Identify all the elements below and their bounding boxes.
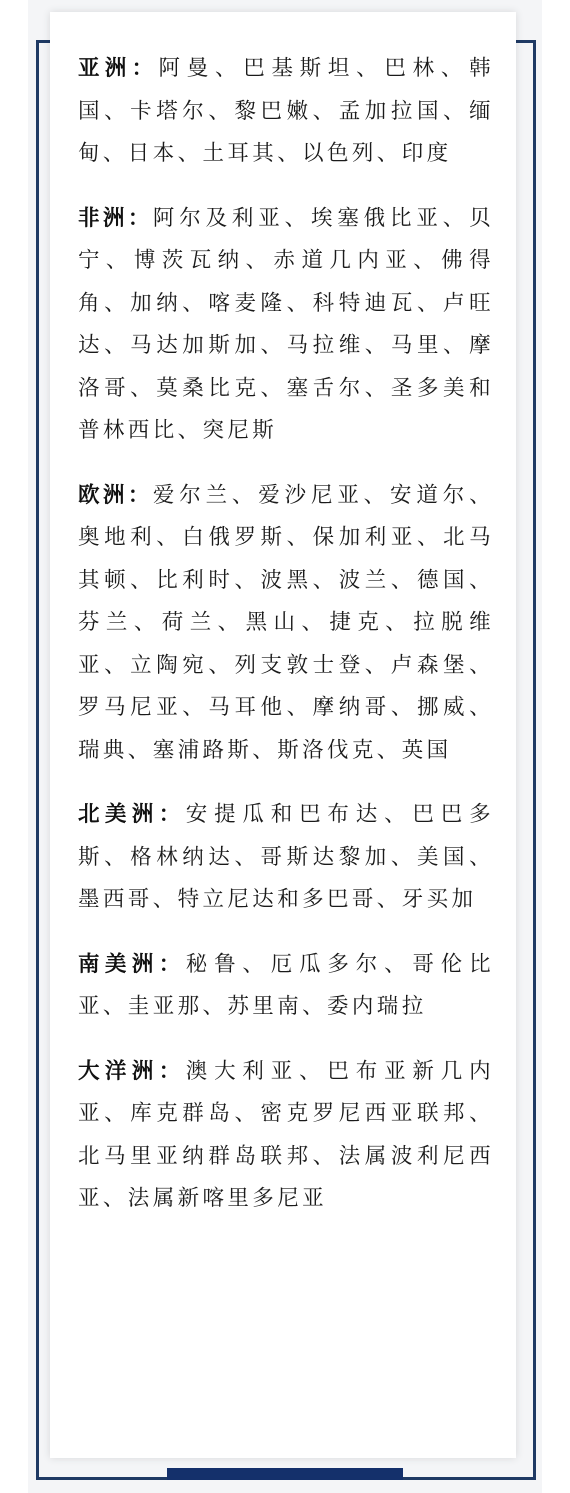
- continent-label: 北美洲：: [78, 802, 186, 827]
- section-north-america: 北美洲：安提瓜和巴布达、巴巴多斯、格林纳达、哥斯达黎加、美国、墨西哥、特立尼达和…: [78, 794, 494, 922]
- continent-label: 亚洲：: [78, 56, 159, 81]
- content-card: 亚洲：阿曼、巴基斯坦、巴林、韩国、卡塔尔、黎巴嫩、孟加拉国、缅甸、日本、土耳其、…: [50, 12, 516, 1458]
- section-europe: 欧洲：爱尔兰、爱沙尼亚、安道尔、奥地利、白俄罗斯、保加利亚、北马其顿、比利时、波…: [78, 475, 494, 773]
- section-oceania: 大洋洲：澳大利亚、巴布亚新几内亚、库克群岛、密克罗尼西亚联邦、北马里亚纳群岛联邦…: [78, 1051, 494, 1221]
- continent-label: 欧洲：: [78, 483, 153, 508]
- frame-bottom-bar: [167, 1468, 403, 1480]
- continent-label: 非洲：: [78, 206, 153, 231]
- continent-label: 大洋洲：: [78, 1059, 186, 1084]
- section-south-america: 南美洲：秘鲁、厄瓜多尔、哥伦比亚、圭亚那、苏里南、委内瑞拉: [78, 944, 494, 1029]
- section-asia: 亚洲：阿曼、巴基斯坦、巴林、韩国、卡塔尔、黎巴嫩、孟加拉国、缅甸、日本、土耳其、…: [78, 48, 494, 176]
- section-africa: 非洲：阿尔及利亚、埃塞俄比亚、贝宁、博茨瓦纳、赤道几内亚、佛得角、加纳、喀麦隆、…: [78, 198, 494, 453]
- country-list: 亚洲：阿曼、巴基斯坦、巴林、韩国、卡塔尔、黎巴嫩、孟加拉国、缅甸、日本、土耳其、…: [78, 48, 494, 1243]
- country-names: 阿尔及利亚、埃塞俄比亚、贝宁、博茨瓦纳、赤道几内亚、佛得角、加纳、喀麦隆、科特迪…: [78, 206, 494, 444]
- continent-label: 南美洲：: [78, 952, 186, 977]
- country-names: 爱尔兰、爱沙尼亚、安道尔、奥地利、白俄罗斯、保加利亚、北马其顿、比利时、波黑、波…: [78, 483, 494, 763]
